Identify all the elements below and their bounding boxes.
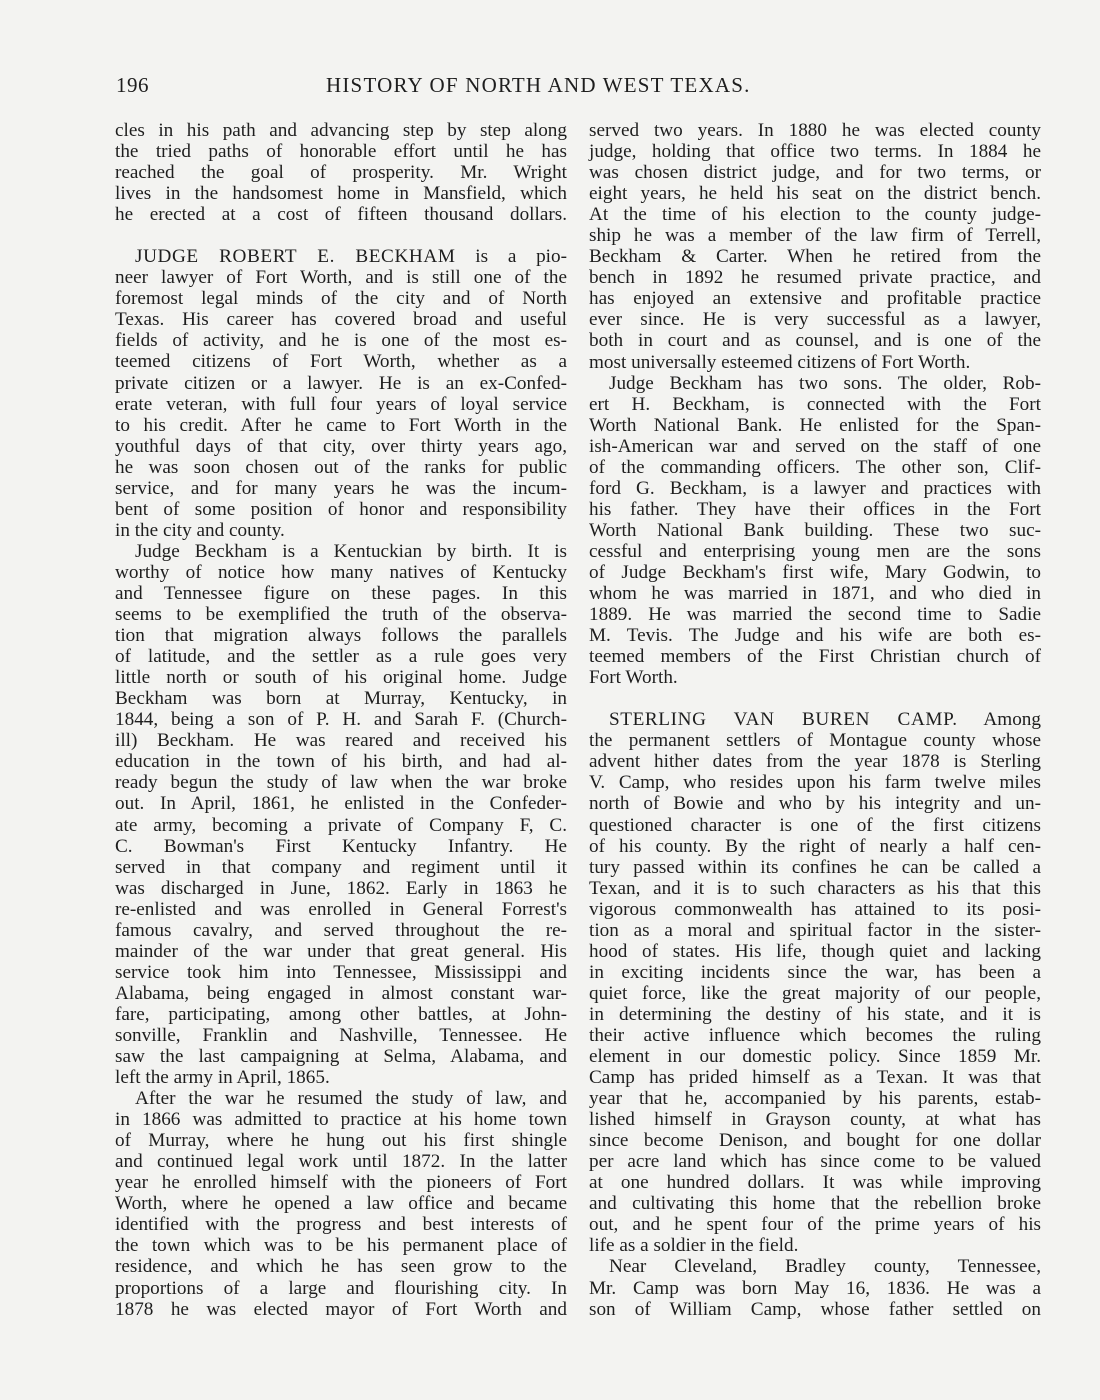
text-line: Beckham & Carter. When he retired from t… (589, 246, 1041, 267)
text-line: ship he was a member of the law firm of … (589, 225, 1041, 246)
running-title: HISTORY OF NORTH AND WEST TEXAS. (326, 73, 836, 98)
text-line: and cultivating this home that the rebel… (589, 1193, 1041, 1214)
paragraph-beckham-sons: Judge Beckham has two sons. The older, R… (589, 373, 1041, 689)
text-line: Worth National Bank building. These two … (589, 520, 1041, 541)
text-line: re-enlisted and was enrolled in General … (115, 899, 567, 920)
text-line: his father. They have their offices in t… (589, 499, 1041, 520)
text-line: Mr. Camp was born May 16, 1836. He was a (589, 1278, 1041, 1299)
text-line: service, and for many years he was the i… (115, 478, 567, 499)
text-line: both in court and as counsel, and is one… (589, 330, 1041, 351)
text-line: the permanent settlers of Montague count… (589, 730, 1041, 751)
text-line: tion that migration always follows the p… (115, 625, 567, 646)
text-line: education in the town of his birth, and … (115, 751, 567, 772)
text-line: most universally esteemed citizens of Fo… (589, 352, 1041, 373)
text-line: lives in the handsomest home in Mansfiel… (115, 183, 567, 204)
text-line: he erected at a cost of fifteen thousand… (115, 204, 567, 225)
text-line: was discharged in June, 1862. Early in 1… (115, 878, 567, 899)
text-line: Beckham was born at Murray, Kentucky, in (115, 688, 567, 709)
text-line: bent of some position of honor and respo… (115, 499, 567, 520)
text-line: Fort Worth. (589, 667, 1041, 688)
paragraph-camp-birth: Near Cleveland, Bradley county, Tennesse… (589, 1256, 1041, 1319)
text-line: out. In April, 1861, he enlisted in the … (115, 793, 567, 814)
text-line: bench in 1892 he resumed private practic… (589, 267, 1041, 288)
text-line: questioned character is one of the first… (589, 815, 1041, 836)
right-column: served two years. In 1880 he was elected… (589, 120, 1041, 1320)
paragraph-beckham-career: served two years. In 1880 he was elected… (589, 120, 1041, 373)
section-gap (589, 688, 1041, 709)
text-line: ever since. He is very successful as a l… (589, 309, 1041, 330)
text-line: judge, holding that office two terms. In… (589, 141, 1041, 162)
text-line: ish-American war and served on the staff… (589, 436, 1041, 457)
text-line: worthy of notice how many natives of Ken… (115, 562, 567, 583)
text-line: reached the goal of prosperity. Mr. Wrig… (115, 162, 567, 183)
text-line: mainder of the war under that great gene… (115, 941, 567, 962)
text-line: north of Bowie and who by his integrity … (589, 793, 1041, 814)
text-line: the tried paths of honorable effort unti… (115, 141, 567, 162)
text-line: hood of states. His life, though quiet a… (589, 941, 1041, 962)
biography-heading: JUDGE ROBERT E. BECKHAM (135, 246, 456, 267)
text-line: whom he was married in 1871, and who die… (589, 583, 1041, 604)
text-line: M. Tevis. The Judge and his wife are bot… (589, 625, 1041, 646)
text-line: erate veteran, with full four years of l… (115, 394, 567, 415)
text-line: quiet force, like the great majority of … (589, 983, 1041, 1004)
text-line: vigorous commonwealth has attained to it… (589, 899, 1041, 920)
section-gap (115, 225, 567, 246)
text-line: ert H. Beckham, is connected with the Fo… (589, 394, 1041, 415)
text-line: in exciting incidents since the war, has… (589, 962, 1041, 983)
text-line: service took him into Tennessee, Mississ… (115, 962, 567, 983)
text-line: C. Bowman's First Kentucky Infantry. He (115, 836, 567, 857)
text-line: At the time of his election to the count… (589, 204, 1041, 225)
text-line: he was soon chosen out of the ranks for … (115, 457, 567, 478)
biography-heading: STERLING VAN BUREN CAMP. (609, 709, 958, 730)
text-line: was chosen district judge, and for two t… (589, 162, 1041, 183)
text-line: son of William Camp, whose father settle… (589, 1299, 1041, 1320)
text-line: Worth National Bank. He enlisted for the… (589, 415, 1041, 436)
text-line: of Judge Beckham's first wife, Mary Godw… (589, 562, 1041, 583)
text-line: private citizen or a lawyer. He is an ex… (115, 373, 567, 394)
text-line: 1878 he was elected mayor of Fort Worth … (115, 1299, 567, 1320)
text-line: in 1866 was admitted to practice at his … (115, 1109, 567, 1130)
text-line: After the war he resumed the study of la… (115, 1088, 567, 1109)
text-line: of latitude, and the settler as a rule g… (115, 646, 567, 667)
text-line: their active influence which becomes the… (589, 1025, 1041, 1046)
text-line: ill) Beckham. He was reared and received… (115, 730, 567, 751)
text-line: life as a soldier in the field. (589, 1235, 1041, 1256)
text-line: ford G. Beckham, is a lawyer and practic… (589, 478, 1041, 499)
text-line: of his county. By the right of nearly a … (589, 836, 1041, 857)
text-line: famous cavalry, and served throughout th… (115, 920, 567, 941)
text-line: seems to be exemplified the truth of the… (115, 604, 567, 625)
text-line: Judge Beckham has two sons. The older, R… (589, 373, 1041, 394)
text-line: element in our domestic policy. Since 18… (589, 1046, 1041, 1067)
text-line: fields of activity, and he is one of the… (115, 330, 567, 351)
text-line: the town which was to be his permanent p… (115, 1235, 567, 1256)
text-line: in the city and county. (115, 520, 567, 541)
paragraph-beckham-law: After the war he resumed the study of la… (115, 1088, 567, 1320)
text-line: Alabama, being engaged in almost constan… (115, 983, 567, 1004)
text-line: youthful days of that city, over thirty … (115, 436, 567, 457)
text-line: left the army in April, 1865. (115, 1067, 567, 1088)
text-line: V. Camp, who resides upon his farm twelv… (589, 772, 1041, 793)
text-line: teemed members of the First Christian ch… (589, 646, 1041, 667)
text-line: of Murray, where he hung out his first s… (115, 1130, 567, 1151)
text-line: fare, participating, among other battles… (115, 1004, 567, 1025)
text-line: year that he, accompanied by his parents… (589, 1088, 1041, 1109)
text-line: Camp has prided himself as a Texan. It w… (589, 1067, 1041, 1088)
text-line: Texan, and it is to such characters as h… (589, 878, 1041, 899)
text-line: neer lawyer of Fort Worth, and is still … (115, 267, 567, 288)
text-line: sonville, Franklin and Nashville, Tennes… (115, 1025, 567, 1046)
text-line: lished himself in Grayson county, at wha… (589, 1109, 1041, 1130)
text-line: out, and he spent four of the prime year… (589, 1214, 1041, 1235)
text-line: and Tennessee figure on these pages. In … (115, 583, 567, 604)
text-line: tion as a moral and spiritual factor in … (589, 920, 1041, 941)
text-line: foremost legal minds of the city and of … (115, 288, 567, 309)
text-line: Texas. His career has covered broad and … (115, 309, 567, 330)
text-line: served two years. In 1880 he was elected… (589, 120, 1041, 141)
text-line: eight years, he held his seat on the dis… (589, 183, 1041, 204)
text-line: cessful and enterprising young men are t… (589, 541, 1041, 562)
text-line: 1889. He was married the second time to … (589, 604, 1041, 625)
text-line: Worth, where he opened a law office and … (115, 1193, 567, 1214)
text-line: teemed citizens of Fort Worth, whether a… (115, 351, 567, 372)
text-line: and continued legal work until 1872. In … (115, 1151, 567, 1172)
text-line: tury passed within its confines he can b… (589, 857, 1041, 878)
text-line: in determining the destiny of his state,… (589, 1004, 1041, 1025)
text-fragment: Among (958, 709, 1041, 730)
text-line: since become Denison, and bought for one… (589, 1130, 1041, 1151)
text-line: has enjoyed an extensive and profitable … (589, 288, 1041, 309)
text-line: saw the last campaigning at Selma, Alaba… (115, 1046, 567, 1067)
text-line: ready begun the study of law when the wa… (115, 772, 567, 793)
paragraph-camp-intro: STERLING VAN BUREN CAMP. Among the perma… (589, 709, 1041, 1256)
text-line: identified with the progress and best in… (115, 1214, 567, 1235)
text-line: of the commanding officers. The other so… (589, 457, 1041, 478)
text-line: cles in his path and advancing step by s… (115, 120, 567, 141)
text-line: to his credit. After he came to Fort Wor… (115, 415, 567, 436)
text-line: Near Cleveland, Bradley county, Tennesse… (589, 1256, 1041, 1277)
text-line: at one hundred dollars. It was while imp… (589, 1172, 1041, 1193)
text-line: Judge Beckham is a Kentuckian by birth. … (115, 541, 567, 562)
text-line: JUDGE ROBERT E. BECKHAM is a pio- (115, 246, 567, 267)
left-column: cles in his path and advancing step by s… (115, 120, 567, 1320)
paragraph-beckham-birth: Judge Beckham is a Kentuckian by birth. … (115, 541, 567, 1088)
book-page: 196 HISTORY OF NORTH AND WEST TEXAS. cle… (0, 0, 1100, 1400)
text-line: year he enrolled himself with the pionee… (115, 1172, 567, 1193)
text-line: proportions of a large and flourishing c… (115, 1278, 567, 1299)
text-line: advent hither dates from the year 1878 i… (589, 751, 1041, 772)
text-line: little north or south of his original ho… (115, 667, 567, 688)
text-line: 1844, being a son of P. H. and Sarah F. … (115, 709, 567, 730)
text-line: STERLING VAN BUREN CAMP. Among (589, 709, 1041, 730)
text-line: per acre land which has since come to be… (589, 1151, 1041, 1172)
text-line: residence, and which he has seen grow to… (115, 1256, 567, 1277)
text-fragment: is a pio- (456, 246, 568, 267)
page-number: 196 (116, 73, 149, 98)
text-line: served in that company and regiment unti… (115, 857, 567, 878)
text-line: ate army, becoming a private of Company … (115, 815, 567, 836)
paragraph-wright-end: cles in his path and advancing step by s… (115, 120, 567, 225)
paragraph-beckham-intro: JUDGE ROBERT E. BECKHAM is a pio- neer l… (115, 246, 567, 541)
